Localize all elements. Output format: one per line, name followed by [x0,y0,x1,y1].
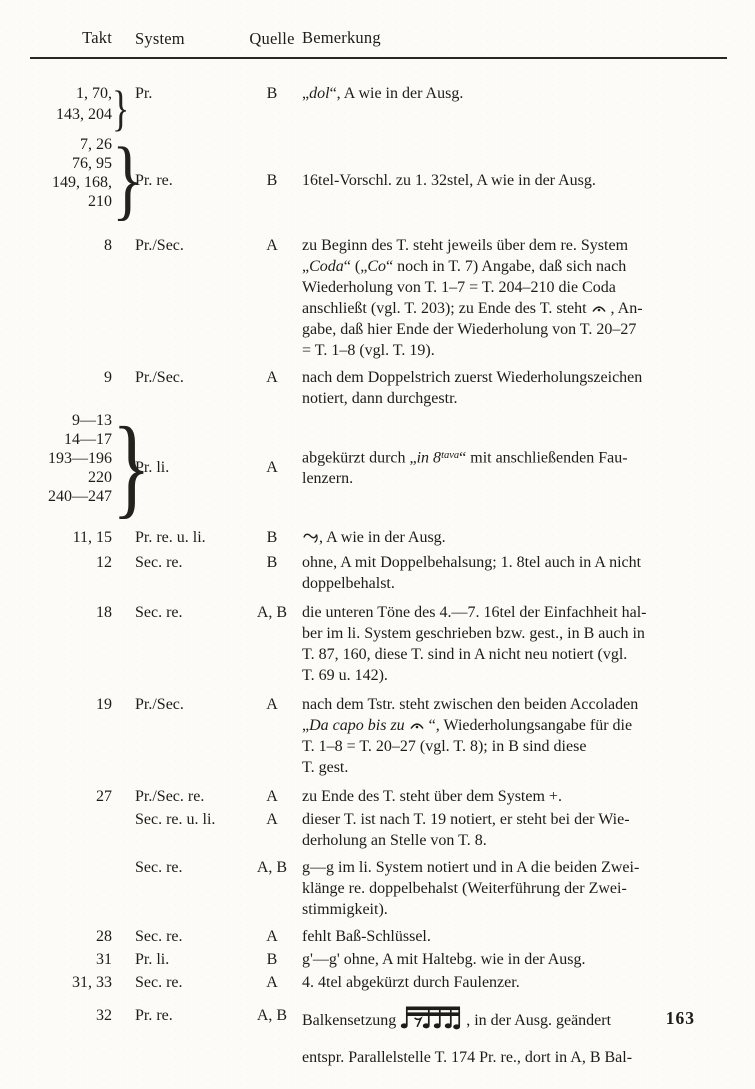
quelle-cell: A [242,457,302,478]
system-cell: Pr. li. [135,949,242,970]
takt-cell: 31 [0,949,112,970]
table-row: 8Pr./Sec.Azu Beginn des T. steht jeweils… [0,235,755,361]
bemerkung-cell: g—g im li. System notiert und in A die b… [302,857,755,920]
quelle-cell: A [242,786,302,807]
system-cell: Sec. re. [135,926,242,947]
rows: 1, 70,143, 204}Pr.B„dol“, A wie in der A… [0,83,755,1068]
table-row: 1, 70,143, 204}Pr.B„dol“, A wie in der A… [0,83,755,133]
quelle-cell: A [242,367,302,388]
brace-cell: } [112,411,135,523]
quelle-cell: A, B [242,1005,302,1026]
quelle-cell: B [242,83,302,104]
system-cell: Pr. re. [135,170,242,191]
quelle-cell: A [242,972,302,993]
quelle-cell: A [242,926,302,947]
header-col-system: System [135,28,242,49]
takt-cell: 32 [0,1005,112,1026]
table-row: 12Sec. re.Bohne, A mit Doppelbehalsung; … [0,552,755,594]
table-row: 32Pr. re.A, BBalkensetzung, in der Ausg.… [0,1005,755,1068]
table-row: 9Pr./Sec.Anach dem Doppelstrich zuerst W… [0,367,755,409]
quelle-cell: B [242,527,302,548]
brace-cell: } [112,135,135,225]
table-row: 28Sec. re.Afehlt Baß-Schlüssel. [0,926,755,947]
header-col-quelle: Quelle [242,28,302,49]
table-row: 9—1314—17193—196220240—247}Pr. li.Aabgek… [0,411,755,523]
takt-cell: 28 [0,926,112,947]
table-header: Takt System Quelle Bemerkung [0,0,755,49]
bemerkung-cell: fehlt Baß-Schlüssel. [302,926,755,947]
bemerkung-cell: , A wie in der Ausg. [302,527,755,550]
quelle-cell: A [242,235,302,256]
system-cell: Pr. re. [135,1005,242,1026]
bemerkung-cell: zu Ende des T. steht über dem System +. [302,786,755,807]
system-cell: Sec. re. [135,857,242,878]
brace-cell: } [112,83,135,133]
system-cell: Pr./Sec. re. [135,786,242,807]
fermata-icon [591,298,607,319]
bemerkung-cell: „dol“, A wie in der Ausg. [302,83,755,104]
quelle-cell: B [242,949,302,970]
system-cell: Sec. re. [135,552,242,573]
takt-cell: 27 [0,786,112,807]
system-cell: Pr./Sec. [135,694,242,715]
quelle-cell: B [242,552,302,573]
bemerkung-cell: dieser T. ist nach T. 19 notiert, er ste… [302,809,755,851]
header-col-takt: Takt [0,28,112,49]
takt-cell: 31, 33 [0,972,112,993]
takt-cell: 11, 15 [0,527,112,548]
table-row: 31Pr. li.Bg'—g' ohne, A mit Haltebg. wie… [0,949,755,970]
bemerkung-cell: g'—g' ohne, A mit Haltebg. wie in der Au… [302,949,755,970]
table-row: 11, 15Pr. re. u. li.B, A wie in der Ausg… [0,527,755,550]
fermata-icon [409,715,425,736]
table-row: 19Pr./Sec.Anach dem Tstr. steht zwischen… [0,694,755,778]
takt-cell: 18 [0,602,112,623]
bemerkung-cell: die unteren Töne des 4.—7. 16tel der Ein… [302,602,755,686]
header-col-bemerkung: Bemerkung [302,28,755,49]
takt-cell: 9 [0,367,112,388]
bemerkung-cell: nach dem Doppelstrich zuerst Wiederholun… [302,367,755,409]
system-cell: Pr./Sec. [135,235,242,256]
group-brace: } [112,135,143,225]
table-row: 7, 2676, 95149, 168,210}Pr. re.B16tel-Vo… [0,135,755,225]
bemerkung-cell: nach dem Tstr. steht zwischen den beiden… [302,694,755,778]
takt-cell: 7, 2676, 95149, 168,210 [0,135,112,211]
bemerkung-cell: abgekürzt durch „in 8tava“ mit anschließ… [302,445,755,490]
table-row: Sec. re.A, Bg—g im li. System notiert un… [0,857,755,920]
system-cell: Sec. re. [135,602,242,623]
page-number: 163 [666,1008,695,1029]
quelle-cell: A [242,809,302,830]
music-notes-icon [399,1005,463,1038]
takt-cell: 12 [0,552,112,573]
takt-cell: 1, 70,143, 204 [0,83,112,125]
bemerkung-cell: ohne, A mit Doppelbehalsung; 1. 8tel auc… [302,552,755,594]
table-row: 31, 33Sec. re.A4. 4tel abgekürzt durch F… [0,972,755,993]
group-brace: } [112,83,129,133]
scanned-book-page: Takt System Quelle Bemerkung 1, 70,143, … [0,0,755,1089]
quelle-cell: B [242,170,302,191]
takt-cell: 9—1314—17193—196220240—247 [0,411,112,506]
takt-cell: 19 [0,694,112,715]
system-cell: Pr./Sec. [135,367,242,388]
table-row: Sec. re. u. li.Adieser T. ist nach T. 19… [0,809,755,851]
system-cell: Pr. [135,83,242,104]
system-cell: Sec. re. u. li. [135,809,242,830]
system-cell: Sec. re. [135,972,242,993]
table-row: 27Pr./Sec. re.Azu Ende des T. steht über… [0,786,755,807]
bemerkung-cell: 4. 4tel abgekürzt durch Faulenzer. [302,972,755,993]
quelle-cell: A [242,694,302,715]
system-cell: Pr. li. [135,457,242,478]
ornament-icon [302,529,319,550]
group-brace: } [112,411,151,523]
header-rule [30,57,727,59]
system-cell: Pr. re. u. li. [135,527,242,548]
bemerkung-cell: 16tel-Vorschl. zu 1. 32stel, A wie in de… [302,170,755,191]
bemerkung-cell: zu Beginn des T. steht jeweils über dem … [302,235,755,361]
takt-cell: 8 [0,235,112,256]
quelle-cell: A, B [242,857,302,878]
quelle-cell: A, B [242,602,302,623]
table-row: 18Sec. re.A, Bdie unteren Töne des 4.—7.… [0,602,755,686]
